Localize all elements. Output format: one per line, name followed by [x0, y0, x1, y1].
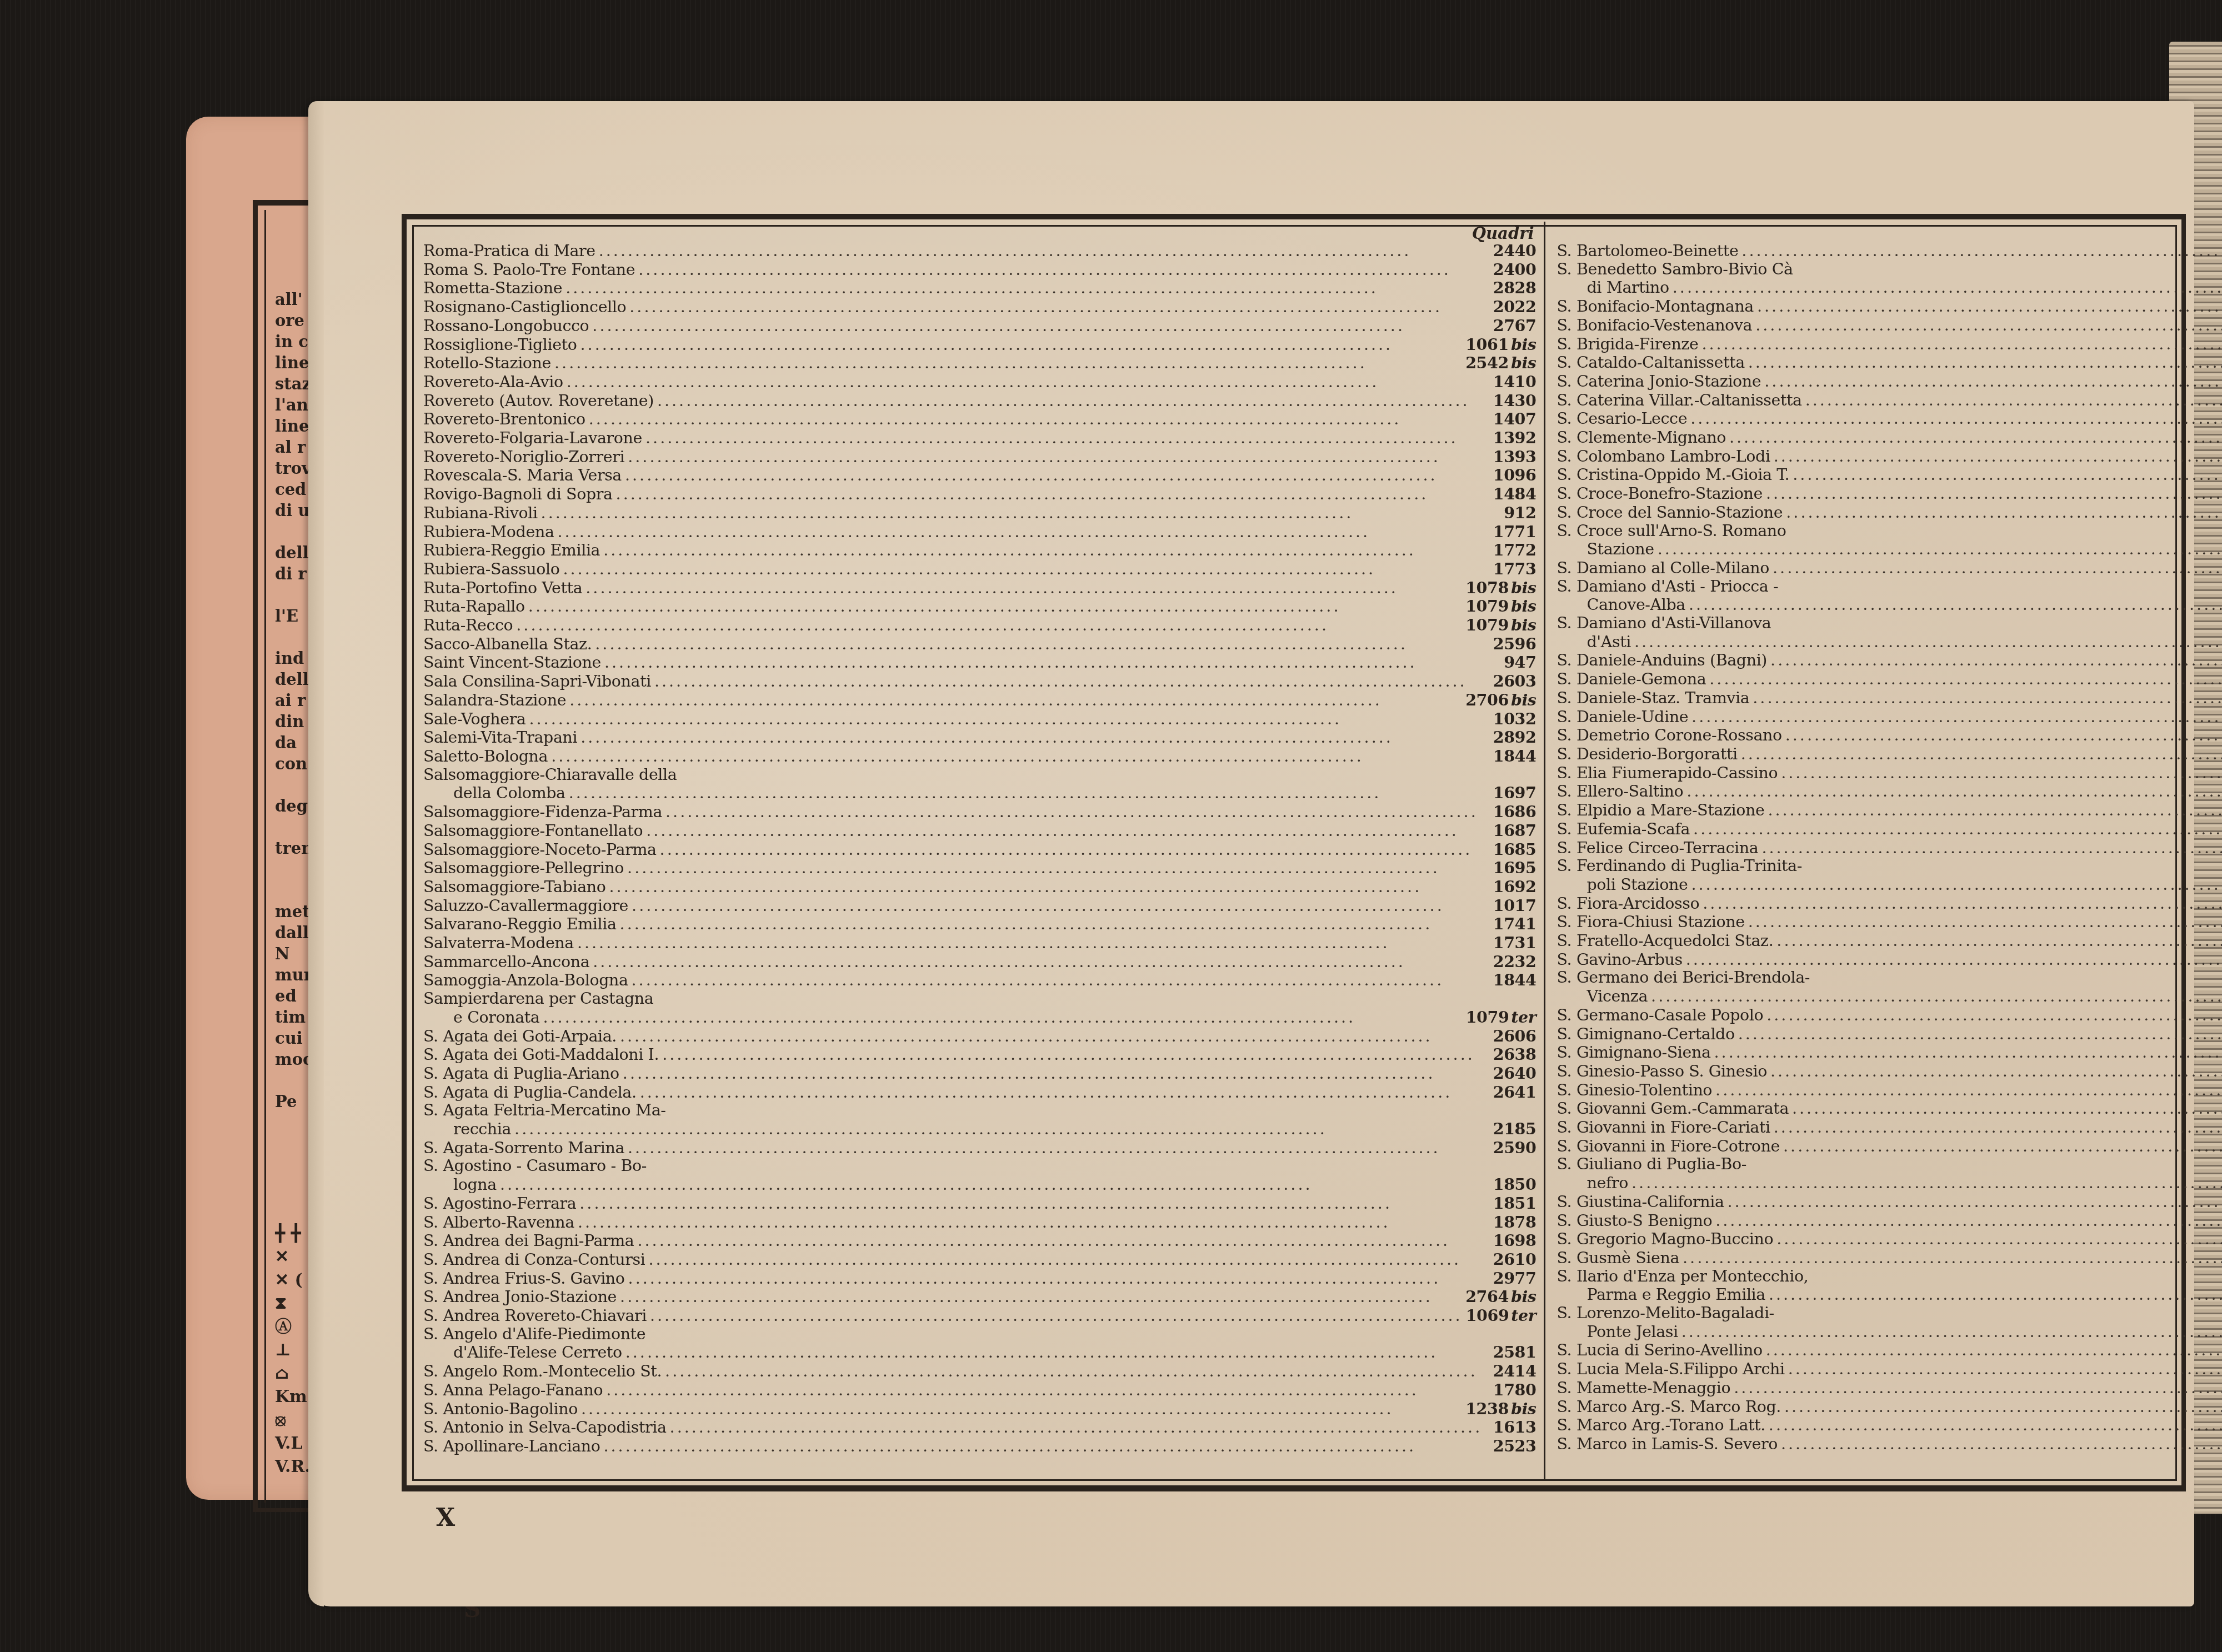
station-pair-name: S. Fiora-Arcidosso: [1557, 895, 1699, 913]
station-pair-name: S. Croce-Bonefro-Stazione: [1557, 485, 1762, 503]
station-pair-name: Salvaterra-Modena: [423, 934, 574, 953]
table-suffix: bis: [1511, 1288, 1537, 1306]
index-entry: Roma-Pratica di Mare2440: [423, 242, 1536, 261]
station-pair-name: S. Gimignano-Siena: [1557, 1044, 1710, 1062]
station-pair-name: Salsomaggiore-Pellegrino: [423, 859, 624, 878]
index-entry: Rotello-Stazione2542bis: [423, 354, 1536, 373]
table-number: 2185: [1493, 1120, 1537, 1138]
table-number: 1698: [1493, 1232, 1537, 1250]
table-number: 1685: [1493, 840, 1537, 859]
leader-dots: [1788, 1360, 2222, 1379]
leader-dots: [628, 448, 1490, 467]
leader-dots: [580, 336, 1463, 354]
station-pair-name: Salsomaggiore-Fidenza-Parma: [423, 803, 662, 822]
station-pair-name: Rovereto-Noriglio-Zorreri: [423, 448, 624, 467]
table-number: 2610: [1493, 1250, 1537, 1269]
table-suffix: ter: [1511, 1008, 1536, 1027]
leader-dots: [1764, 373, 2222, 391]
station-pair-name: Ruta-Rapallo: [423, 598, 525, 616]
leader-dots: [581, 1400, 1462, 1419]
station-pair-name: S. Lucia di Serino-Avellino: [1557, 1341, 1762, 1360]
table-number: 1692: [1493, 878, 1537, 896]
leader-dots: [625, 1344, 1490, 1362]
table-number: 1079: [1465, 597, 1509, 615]
station-pair-name: Salsomaggiore-Chiaravalle della: [423, 766, 677, 784]
leader-dots: [593, 953, 1490, 972]
table-number: 2606: [1493, 1027, 1537, 1045]
leader-dots: [1741, 242, 2222, 261]
station-pair-name: S. Gimignano-Certaldo: [1557, 1025, 1734, 1044]
index-entry: Ruta-Recco1079bis: [423, 616, 1536, 635]
index-entry: S. Andrea Frius-S. Gavino2977: [423, 1269, 1536, 1288]
station-pair-name: S. Marco Arg.-Torano Latt.: [1557, 1416, 1765, 1435]
leader-dots: [578, 1214, 1490, 1232]
index-entry: Rubiera-Modena1771: [423, 523, 1536, 542]
index-entry: S. Antonio-Bagolino1238bis: [423, 1400, 1536, 1419]
station-pair-name: Saint Vincent-Stazione: [423, 654, 601, 672]
leader-dots: [616, 485, 1490, 504]
index-entry: Salandra-Stazione2706bis: [423, 691, 1536, 710]
column-entries: S. Bartolomeo-Beinette1021bisS. Benedett…: [1557, 242, 2222, 1454]
station-pair-name: S. Ferdinando di Puglia-Trinita-: [1557, 857, 1801, 875]
station-pair-continuation: della Colomba: [453, 784, 565, 803]
table-number: 1430: [1493, 392, 1537, 410]
table-number: 2596: [1493, 635, 1537, 653]
index-entry: S. Gavino-Arbus2986: [1557, 950, 2222, 969]
leader-dots: [1686, 951, 2222, 969]
table-number: 1687: [1493, 822, 1537, 840]
leader-dots: [543, 1009, 1462, 1027]
leader-dots: [650, 1307, 1463, 1325]
index-entry: Salsomaggiore-Pellegrino1695: [423, 859, 1536, 878]
index-entry-line: S. Agostino - Casumaro - Bo-: [423, 1157, 1536, 1175]
index-entry: S. Bonifacio-Montagnana1511: [1557, 297, 2222, 316]
index-entry: Rovigo-Bagnoli di Sopra1484: [423, 485, 1536, 504]
index-entry: Salsomaggiore-Tabiano1692: [423, 878, 1536, 897]
table-number: 1780: [1493, 1381, 1537, 1399]
station-pair-name: S. Andrea Jonio-Stazione: [423, 1288, 617, 1306]
index-entry: Sammarcello-Ancona2232: [423, 953, 1536, 972]
table-number: 1410: [1493, 373, 1537, 391]
index-entry: S. Cesario-Lecce2610: [1557, 409, 2222, 428]
station-pair-name: S. Agata Feltria-Mercatino Ma-: [423, 1102, 666, 1120]
table-number: 2706: [1465, 691, 1509, 709]
table-number: 2977: [1493, 1269, 1537, 1288]
leader-dots: [1632, 1174, 2222, 1193]
leader-dots: [1714, 1044, 2222, 1062]
table-number: 1078: [1465, 579, 1509, 597]
leader-dots: [1634, 633, 2222, 652]
leader-dots: [1781, 764, 2222, 783]
station-pair-name: S. Demetrio Corone-Rossano: [1557, 727, 1781, 745]
station-pair-name: S. Bonifacio-Montagnana: [1557, 298, 1753, 316]
leader-dots: [1781, 1435, 2222, 1454]
station-pair-continuation: logna: [453, 1176, 497, 1194]
leader-dots: [660, 841, 1490, 859]
index-entry: Canove-Alba1030bis: [1557, 595, 2222, 614]
index-entry: Vicenza1446: [1557, 987, 2222, 1006]
leader-dots: [565, 279, 1490, 298]
index-entry: S. Agata di Puglia-Ariano2640: [423, 1064, 1536, 1083]
table-suffix: bis: [1511, 579, 1537, 597]
leader-dots: [1770, 652, 2222, 670]
leader-dots: [632, 897, 1490, 915]
leader-dots: [579, 1195, 1489, 1213]
leader-dots: [1761, 839, 2222, 858]
leader-dots: [1776, 1230, 2222, 1249]
table-number: 1686: [1493, 803, 1537, 821]
station-pair-name: S. Cristina-Oppido M.-Gioia T.: [1557, 466, 1789, 484]
station-pair-name: S. Lucia Mela-S.Filippo Archi: [1557, 1360, 1784, 1379]
index-entry: nefro2539bis: [1557, 1174, 2222, 1193]
table-number: 2892: [1493, 728, 1537, 747]
station-pair-name: S. Bonifacio-Vestenanova: [1557, 317, 1752, 335]
leader-dots: [528, 598, 1462, 616]
table-number: 2581: [1493, 1343, 1537, 1361]
leader-dots: [654, 673, 1490, 691]
leader-dots: [1776, 932, 2222, 950]
station-pair-name: S. Agata dei Goti-Arpaia.: [423, 1028, 617, 1046]
index-entry: S. Demetrio Corone-Rossano2766: [1557, 726, 2222, 745]
station-pair-name: S. Croce del Sannio-Stazione: [1557, 504, 1783, 522]
table-number: 2638: [1493, 1045, 1537, 1064]
table-number: 1032: [1493, 710, 1537, 728]
leader-dots: [1766, 1341, 2222, 1360]
leader-dots: [627, 859, 1490, 878]
station-pair-name: S. Colombano Lambro-Lodi: [1557, 448, 1770, 466]
index-entry: Salsomaggiore-Fontanellato1687: [423, 822, 1536, 840]
leader-dots: [577, 934, 1490, 953]
leader-dots: [1766, 1007, 2222, 1025]
leader-dots: [625, 467, 1490, 485]
leader-dots: [1686, 783, 2222, 801]
leader-dots: [632, 972, 1490, 990]
index-entry: S. Damiano al Colle-Milano1113: [1557, 559, 2222, 578]
leader-dots: [1783, 1138, 2222, 1156]
index-entry: S. Cataldo-Caltanissetta2862: [1557, 353, 2222, 372]
table-number: 2414: [1493, 1362, 1537, 1380]
index-entry-line: S. Angelo d'Alife-Piedimonte: [423, 1325, 1536, 1344]
table-suffix: ter: [1511, 1306, 1536, 1325]
leader-dots: [603, 542, 1490, 560]
index-entry: S. Marco Arg.-S. Marco Rog.2764: [1557, 1398, 2222, 1416]
station-pair-continuation: poli Stazione: [1587, 876, 1688, 894]
index-entry: S. Fiora-Arcidosso2071: [1557, 894, 2222, 913]
index-entry: S. Gregorio Magno-Buccino2597: [1557, 1230, 2222, 1249]
station-pair-name: S. Felice Circeo-Terracina: [1557, 839, 1758, 858]
leader-dots: [599, 242, 1490, 261]
station-pair-name: S. Antonio-Bagolino: [423, 1400, 578, 1419]
index-entry-line: Salsomaggiore-Chiaravalle della: [423, 766, 1536, 784]
leader-dots: [1709, 670, 2222, 689]
leader-dots: [1683, 1249, 2222, 1268]
index-entry: Saletto-Bologna1844: [423, 747, 1536, 766]
station-pair-name: Salsomaggiore-Noceto-Parma: [423, 841, 657, 859]
station-pair-name: S. Daniele-Anduins (Bagni): [1557, 652, 1767, 670]
leader-dots: [514, 1120, 1490, 1139]
leader-dots: [657, 392, 1490, 411]
leader-dots: [1693, 820, 2222, 839]
table-number: 1407: [1493, 410, 1537, 428]
leader-dots: [606, 1381, 1490, 1400]
index-entry: S. Agata dei Goti-Arpaia.2606: [423, 1027, 1536, 1046]
table-number: 2641: [1493, 1083, 1537, 1102]
table-frame: Quadri Roma-Pratica di Mare2440Roma S. P…: [402, 214, 2186, 1491]
station-pair-name: S. Ilario d'Enza per Montecchio,: [1557, 1268, 1808, 1286]
index-entry: S. Alberto-Ravenna1878: [423, 1213, 1536, 1232]
index-entry: S. Agata di Puglia-Candela.2641: [423, 1083, 1536, 1102]
leader-dots: [1793, 466, 2222, 484]
station-pair-name: S. Giovanni Gem.-Cammarata: [1557, 1100, 1789, 1118]
station-pair-name: Salandra-Stazione: [423, 692, 566, 710]
station-pair-name: S. Agata di Puglia-Ariano: [423, 1065, 619, 1083]
leader-dots: [662, 1046, 1490, 1064]
station-pair-name: S. Agata dei Goti-Maddaloni I.: [423, 1046, 659, 1064]
table-number: 1017: [1493, 897, 1537, 915]
station-pair-name: S. Ginesio-Passo S. Ginesio: [1557, 1063, 1766, 1081]
index-entry: Rosignano-Castiglioncello2022: [423, 298, 1536, 317]
index-entry: Ruta-Rapallo1079bis: [423, 597, 1536, 616]
leader-dots: [1785, 727, 2222, 745]
index-entry: S. Ellero-Saltino1913: [1557, 782, 2222, 801]
leader-dots: [637, 1232, 1489, 1250]
index-entry: S. Antonio in Selva-Capodistria1613: [423, 1418, 1536, 1437]
table-number: 1731: [1493, 934, 1537, 952]
station-pair-name: S. Giusto-S Benigno: [1557, 1212, 1712, 1230]
leader-dots: [516, 617, 1462, 635]
leader-dots: [589, 411, 1490, 429]
index-entry: S. Fiora-Chiusi Stazione2061: [1557, 913, 2222, 932]
column-header: Quadri: [423, 225, 1536, 242]
leader-dots: [569, 784, 1490, 803]
station-pair-name: Rossiglione-Tiglieto: [423, 336, 577, 354]
station-pair-name: Salemi-Vita-Trapani: [423, 729, 577, 747]
leader-dots: [1784, 1398, 2222, 1416]
station-pair-name: Sacco-Albanella Staz.: [423, 635, 592, 654]
leader-dots: [1769, 1286, 2222, 1304]
table-number: 1741: [1493, 915, 1537, 933]
index-entry: S. Bartolomeo-Beinette1021bis: [1557, 242, 2222, 261]
station-pair-name: Roma-Pratica di Mare: [423, 242, 595, 261]
station-pair-name: Rovigo-Bagnoli di Sopra: [423, 485, 613, 504]
station-pair-name: Saluzzo-Cavallermaggiore: [423, 897, 628, 915]
station-pair-name: S. Agata-Sorrento Marina: [423, 1139, 624, 1158]
table-number: 1772: [1493, 541, 1537, 559]
index-entry: Sala Consilina-Sapri-Vibonati2603: [423, 672, 1536, 691]
table-suffix: bis: [1511, 616, 1537, 634]
leader-dots: [670, 1419, 1490, 1437]
index-entry: Parma e Reggio Emilia1719: [1557, 1285, 2222, 1304]
index-entry: S. Giovanni in Fiore-Cariati2755: [1557, 1118, 2222, 1137]
leader-dots: [1691, 876, 2222, 894]
table-number: 1069: [1466, 1306, 1509, 1325]
leader-dots: [1690, 410, 2222, 428]
station-pair-name: S. Bartolomeo-Beinette: [1557, 242, 1738, 261]
table-number: 2640: [1493, 1064, 1537, 1083]
leader-dots: [640, 1084, 1490, 1102]
leader-dots: [1773, 559, 2222, 578]
index-entry-line: S. Damiano d'Asti-Villanova: [1557, 614, 2222, 633]
leader-dots: [628, 1270, 1490, 1288]
leader-dots: [1770, 1063, 2222, 1081]
table-number: 1771: [1493, 523, 1537, 541]
index-entry: logna1850: [423, 1175, 1536, 1194]
table-number: 1392: [1493, 429, 1537, 447]
station-pair-name: S. Marco Arg.-S. Marco Rog.: [1557, 1398, 1780, 1416]
table-number: 2590: [1493, 1139, 1537, 1157]
index-entry: S. Daniele-Gemona1562: [1557, 670, 2222, 689]
station-pair-name: Sammarcello-Ancona: [423, 953, 589, 972]
station-pair-name: S. Damiano al Colle-Milano: [1557, 559, 1769, 578]
leader-dots: [529, 710, 1489, 729]
index-entry: S. Cristina-Oppido M.-Gioia T.2805: [1557, 465, 2222, 484]
index-entry: Ruta-Portofino Vetta1078bis: [423, 579, 1536, 598]
index-entry: S. Ginesio-Tolentino2288: [1557, 1081, 2222, 1100]
index-entry: S. Gimignano-Siena2052: [1557, 1043, 2222, 1062]
station-pair-continuation: Canove-Alba: [1587, 596, 1685, 614]
station-pair-name: Salsomaggiore-Tabiano: [423, 878, 606, 897]
table-number: 1393: [1493, 448, 1537, 466]
leader-dots: [1738, 1025, 2222, 1044]
index-entry: S. Lucia Mela-S.Filippo Archi2835: [1557, 1360, 2222, 1379]
station-pair-name: Rubiera-Reggio Emilia: [423, 542, 600, 560]
leader-dots: [592, 317, 1489, 336]
index-entry: Ponte Jelasi2790: [1557, 1323, 2222, 1341]
index-entry: S. Lucia di Serino-Avellino2619: [1557, 1341, 2222, 1360]
station-pair-name: S. Germano-Casale Popolo: [1557, 1007, 1763, 1025]
station-pair-name: S. Andrea di Conza-Contursi: [423, 1251, 645, 1269]
station-pair-continuation: Vicenza: [1587, 988, 1648, 1006]
leader-dots: [1741, 745, 2222, 764]
station-pair-continuation: recchia: [453, 1120, 511, 1139]
column-entries: Roma-Pratica di Mare2440Roma S. Paolo-Tr…: [423, 242, 1536, 1456]
leader-dots: [551, 748, 1490, 766]
table-number: 2232: [1493, 953, 1537, 971]
index-entry: S. Agata-Sorrento Marina2590: [423, 1139, 1536, 1158]
table-suffix: bis: [1511, 691, 1537, 709]
leader-dots: [620, 1028, 1490, 1046]
station-pair-name: S. Marco in Lamis-S. Severo: [1557, 1435, 1777, 1454]
leader-dots: [620, 915, 1490, 934]
index-entry: S. Andrea di Conza-Contursi2610: [423, 1250, 1536, 1269]
index-entry: S. Giovanni Gem.-Cammarata2811: [1557, 1099, 2222, 1118]
table-number: 2603: [1493, 672, 1537, 690]
leader-dots: [1734, 1379, 2222, 1398]
station-pair-name: Ruta-Recco: [423, 617, 513, 635]
index-entry: S. Germano-Casale Popolo1034ter: [1557, 1006, 2222, 1025]
leader-dots: [563, 560, 1489, 579]
leader-dots: [665, 1363, 1490, 1381]
table-number: 1850: [1493, 1175, 1537, 1194]
index-entry: S. Croce-Bonefro-Stazione2539: [1557, 484, 2222, 503]
table-number: 1079: [1465, 616, 1509, 634]
station-pair-name: S. Ellero-Saltino: [1557, 783, 1683, 801]
station-pair-name: Rometta-Stazione: [423, 279, 562, 298]
index-entry: S. Desiderio-Borgoratti1080ter: [1557, 745, 2222, 764]
table-number: 912: [1504, 504, 1536, 522]
station-pair-name: S. Apollinare-Lanciano: [423, 1438, 600, 1456]
table-number: 2764: [1465, 1288, 1509, 1306]
leader-dots: [1689, 596, 2222, 614]
station-pair-name: S. Cataldo-Caltanissetta: [1557, 354, 1744, 372]
index-entry-line: S. Ilario d'Enza per Montecchio,: [1557, 1268, 2222, 1286]
leader-dots: [628, 1139, 1490, 1158]
index-entry: Rossano-Longobucco2767: [423, 317, 1536, 336]
station-pair-name: S. Daniele-Gemona: [1557, 670, 1706, 689]
index-entry: recchia2185: [423, 1120, 1536, 1139]
table-number: 1851: [1493, 1194, 1537, 1213]
station-pair-name: S. Gusmè Siena: [1557, 1249, 1679, 1268]
index-entry: S. Anna Pelago-Fanano1780: [423, 1381, 1536, 1400]
leader-dots: [580, 729, 1490, 747]
station-pair-name: S. Caterina Villar.-Caltanissetta: [1557, 392, 1801, 410]
leader-dots: [1792, 1100, 2222, 1118]
leader-dots: [1681, 1323, 2222, 1341]
index-entry: S. Marco Arg.-Torano Latt.2762: [1557, 1416, 2222, 1435]
station-pair-name: Roma S. Paolo-Tre Fontane: [423, 261, 635, 279]
table-number: 1878: [1493, 1213, 1537, 1232]
index-entry: della Colomba1697: [423, 784, 1536, 803]
station-pair-name: S. Anna Pelago-Fanano: [423, 1381, 603, 1400]
leader-dots: [603, 1438, 1489, 1456]
index-entry: Samoggia-Anzola-Bologna1844: [423, 971, 1536, 990]
table-suffix: bis: [1511, 1400, 1537, 1418]
station-pair-continuation: Parma e Reggio Emilia: [1587, 1286, 1765, 1304]
leader-dots: [1701, 336, 2222, 354]
leader-dots: [1753, 689, 2222, 708]
leader-dots: [541, 504, 1501, 523]
leader-dots: [1786, 504, 2222, 522]
leader-dots: [646, 822, 1490, 840]
leader-dots: [604, 654, 1500, 672]
station-pair-name: S. Mamette-Menaggio: [1557, 1379, 1730, 1398]
leader-dots: [1715, 1082, 2222, 1100]
leader-dots: [1748, 913, 2222, 932]
table-number: 2767: [1493, 317, 1537, 335]
index-entry: S. Gusmè Siena1983: [1557, 1249, 2222, 1268]
table-number: 1079: [1466, 1008, 1509, 1027]
station-pair-name: S. Angelo Rom.-Montecelio St.: [423, 1363, 662, 1381]
station-pair-name: S. Desiderio-Borgoratti: [1557, 745, 1737, 764]
station-pair-name: S. Daniele-Staz. Tramvia: [1557, 689, 1749, 708]
leader-dots: [638, 261, 1490, 279]
table-number: 1844: [1493, 971, 1537, 989]
index-entry: Rometta-Stazione2828: [423, 279, 1536, 298]
index-entry: S. Apollinare-Lanciano2523: [423, 1437, 1536, 1456]
station-pair-name: Rotello-Stazione: [423, 354, 551, 373]
table-number: 2440: [1493, 242, 1537, 260]
index-entry: Stazione1912bis: [1557, 540, 2222, 559]
index-entry: Rovereto-Ala-Avio1410: [423, 373, 1536, 392]
leader-dots: [1728, 1193, 2222, 1212]
leader-dots: [1774, 1119, 2222, 1137]
leader-dots: [648, 1251, 1489, 1269]
leader-dots: [1729, 429, 2222, 447]
index-entry: Rovereto (Autov. Roveretane)1430: [423, 392, 1536, 411]
index-entry: Rubiera-Reggio Emilia1772: [423, 541, 1536, 560]
index-entry: S. Daniele-Udine1532: [1557, 708, 2222, 727]
station-pair-name: S. Gregorio Magno-Buccino: [1557, 1230, 1773, 1249]
station-pair-name: S. Caterina Jonio-Stazione: [1557, 373, 1761, 391]
index-entry: S. Mamette-Menaggio1173: [1557, 1379, 2222, 1398]
leader-dots: [1768, 802, 2222, 820]
station-pair-name: S. Giuliano di Puglia-Bo-: [1557, 1155, 1746, 1174]
station-pair-name: Sala Consilina-Sapri-Vibonati: [423, 673, 651, 691]
table-number: 1484: [1493, 485, 1537, 503]
station-pair-name: S. Eufemia-Scafa: [1557, 820, 1690, 839]
station-pair-name: S. Andrea dei Bagni-Parma: [423, 1232, 634, 1250]
station-pair-continuation: Stazione: [1587, 540, 1654, 559]
